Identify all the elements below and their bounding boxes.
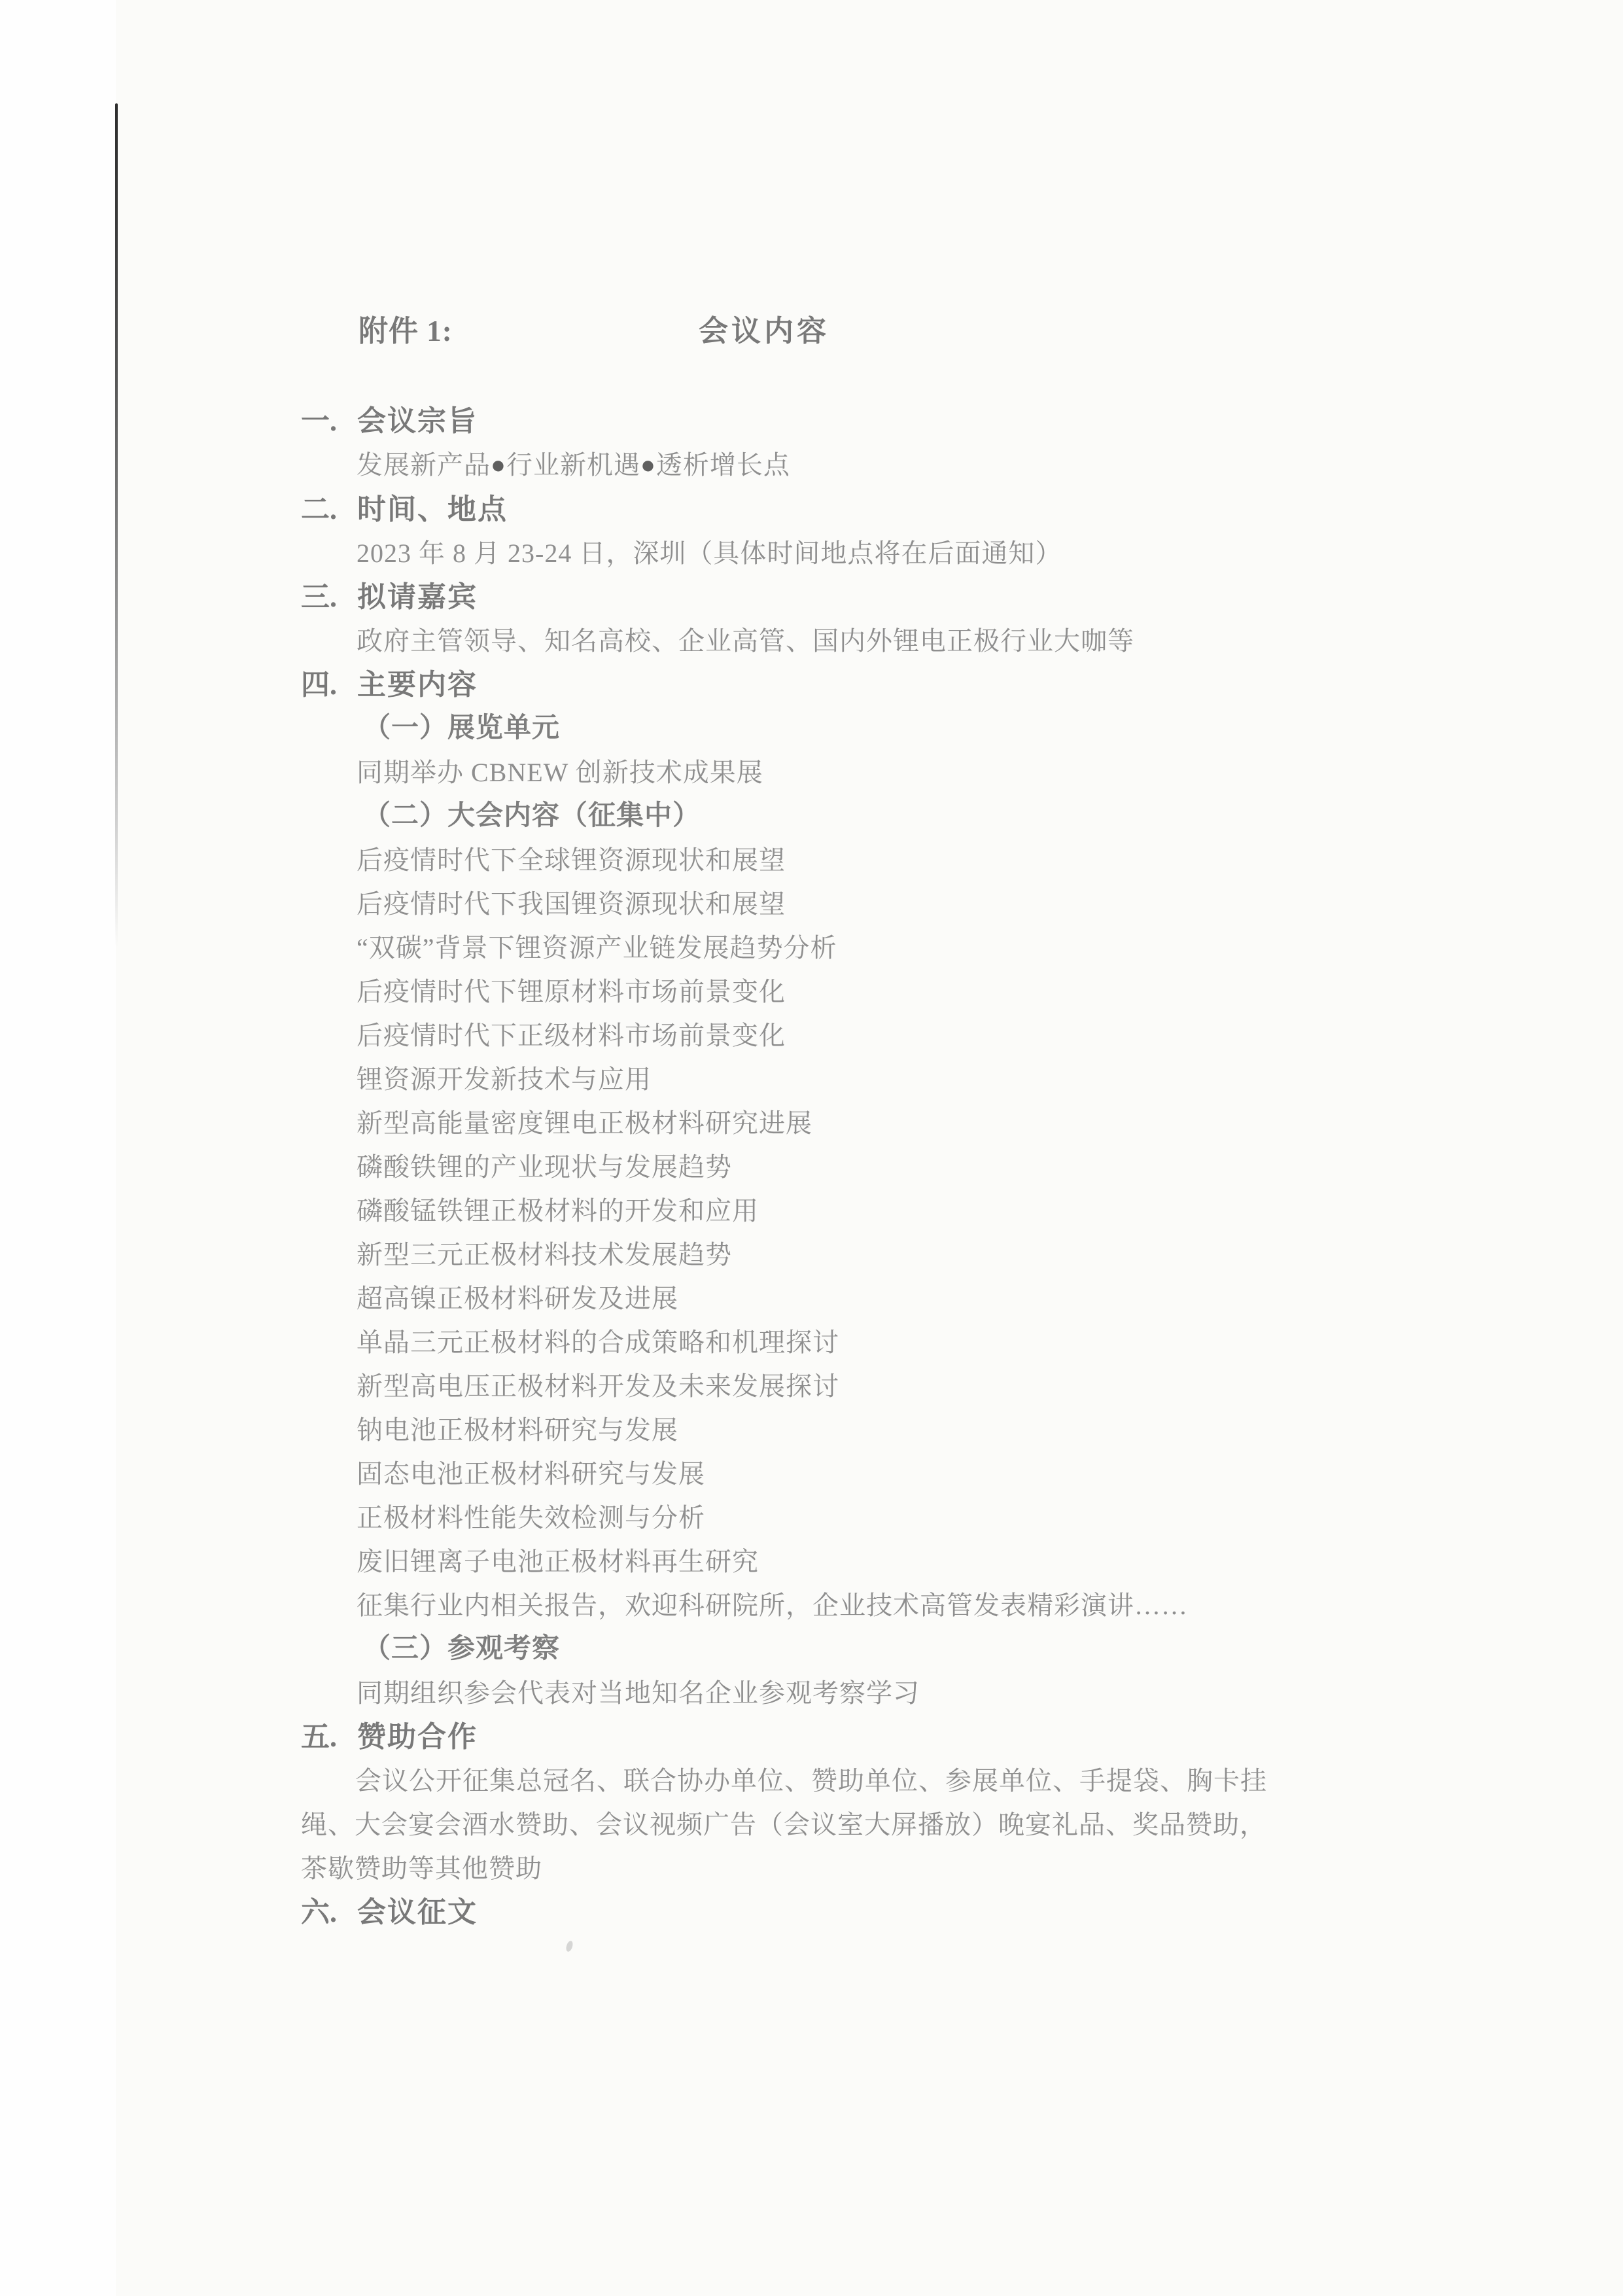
topic-line: 固态电池正极材料研究与发展 [301, 1452, 1361, 1496]
section-2-number: 二. [301, 487, 357, 531]
document-outline: 一.会议宗旨 发展新产品●行业新机遇●透析增长点 二.时间、地点 2023 年 … [301, 399, 1361, 1934]
topic-line: 后疫情时代下全球锂资源现状和展望 [301, 838, 1361, 882]
section-1-heading-text: 会议宗旨 [357, 405, 478, 437]
topic-line: 废旧锂离子电池正极材料再生研究 [301, 1540, 1361, 1583]
attachment-label: 附件 1: [358, 309, 453, 353]
topic-line: 磷酸铁锂的产业现状与发展趋势 [301, 1145, 1361, 1189]
guests-line: 政府主管领导、知名高校、企业高管、国内外锂电正极行业大咖等 [301, 619, 1361, 663]
slogan-part-2: 行业新机遇 [506, 450, 640, 480]
bullet-dot-icon: ● [640, 451, 656, 479]
topic-line: “双碳”背景下锂资源产业链发展趋势分析 [301, 926, 1361, 970]
subsection-visit-heading: （三）参观考察 [301, 1627, 1361, 1671]
subsection-agenda-heading: （二）大会内容（征集中） [301, 794, 1361, 838]
topic-line: 新型高电压正极材料开发及未来发展探讨 [301, 1364, 1361, 1408]
section-3-heading-text: 拟请嘉宾 [357, 581, 478, 613]
sponsorship-paragraph-line: 茶歇赞助等其他赞助 [301, 1846, 1361, 1890]
topic-line: 新型三元正极材料技术发展趋势 [301, 1233, 1361, 1277]
topic-line: 新型高能量密度锂电正极材料研究进展 [301, 1101, 1361, 1145]
scan-vertical-line-artifact [115, 103, 118, 947]
topic-line: 钠电池正极材料研究与发展 [301, 1408, 1361, 1452]
section-4-heading-text: 主要内容 [357, 669, 478, 701]
section-5-heading: 五.赞助合作 [301, 1715, 1361, 1759]
section-5-heading-text: 赞助合作 [357, 1721, 478, 1753]
section-3-heading: 三.拟请嘉宾 [301, 575, 1361, 619]
exhibition-body-line: 同期举办 CBNEW 创新技术成果展 [301, 751, 1361, 794]
page-left-margin [0, 0, 116, 2296]
scan-speck-artifact [565, 1940, 574, 1952]
section-5-number: 五. [301, 1715, 357, 1759]
conference-slogan: 发展新产品●行业新机遇●透析增长点 [301, 443, 1361, 487]
section-4-heading: 四.主要内容 [301, 663, 1361, 707]
slogan-part-1: 发展新产品 [357, 450, 491, 480]
date-location-line: 2023 年 8 月 23-24 日，深圳（具体时间地点将在后面通知） [301, 531, 1361, 575]
section-6-number: 六. [301, 1890, 357, 1934]
document-content: 附件 1: 会议内容 一.会议宗旨 发展新产品●行业新机遇●透析增长点 二.时间… [301, 309, 1361, 1934]
topic-line: 正极材料性能失效检测与分析 [301, 1496, 1361, 1540]
topic-line: 后疫情时代下正级材料市场前景变化 [301, 1014, 1361, 1057]
scanned-document-page: 附件 1: 会议内容 一.会议宗旨 发展新产品●行业新机遇●透析增长点 二.时间… [0, 0, 1623, 2296]
topic-line: 锂资源开发新技术与应用 [301, 1057, 1361, 1101]
section-3-number: 三. [301, 575, 357, 619]
visit-body-line: 同期组织参会代表对当地知名企业参观考察学习 [301, 1671, 1361, 1715]
bullet-dot-icon: ● [491, 451, 506, 479]
subsection-exhibition-heading: （一）展览单元 [301, 707, 1361, 751]
topic-line: 单晶三元正极材料的合成策略和机理探讨 [301, 1320, 1361, 1364]
sponsorship-paragraph-line: 会议公开征集总冠名、联合协办单位、赞助单位、参展单位、手提袋、胸卡挂 [301, 1759, 1361, 1803]
section-1-number: 一. [301, 399, 357, 443]
section-4-number: 四. [301, 663, 357, 707]
section-6-heading: 六.会议征文 [301, 1890, 1361, 1934]
page-title: 会议内容 [699, 309, 829, 353]
section-2-heading-text: 时间、地点 [357, 493, 508, 525]
topic-line: 征集行业内相关报告，欢迎科研院所，企业技术高管发表精彩演讲…… [301, 1583, 1361, 1627]
slogan-part-3: 透析增长点 [656, 450, 790, 480]
sponsorship-paragraph-line: 绳、大会宴会酒水赞助、会议视频广告（会议室大屏播放）晚宴礼品、奖品赞助， [301, 1803, 1361, 1846]
topic-line: 超高镍正极材料研发及进展 [301, 1277, 1361, 1320]
section-1-heading: 一.会议宗旨 [301, 399, 1361, 443]
section-6-heading-text: 会议征文 [357, 1896, 478, 1928]
topic-line: 后疫情时代下我国锂资源现状和展望 [301, 882, 1361, 926]
topic-line: 后疫情时代下锂原材料市场前景变化 [301, 970, 1361, 1014]
topic-line: 磷酸锰铁锂正极材料的开发和应用 [301, 1189, 1361, 1233]
section-2-heading: 二.时间、地点 [301, 487, 1361, 531]
title-row: 附件 1: 会议内容 [301, 309, 1361, 355]
